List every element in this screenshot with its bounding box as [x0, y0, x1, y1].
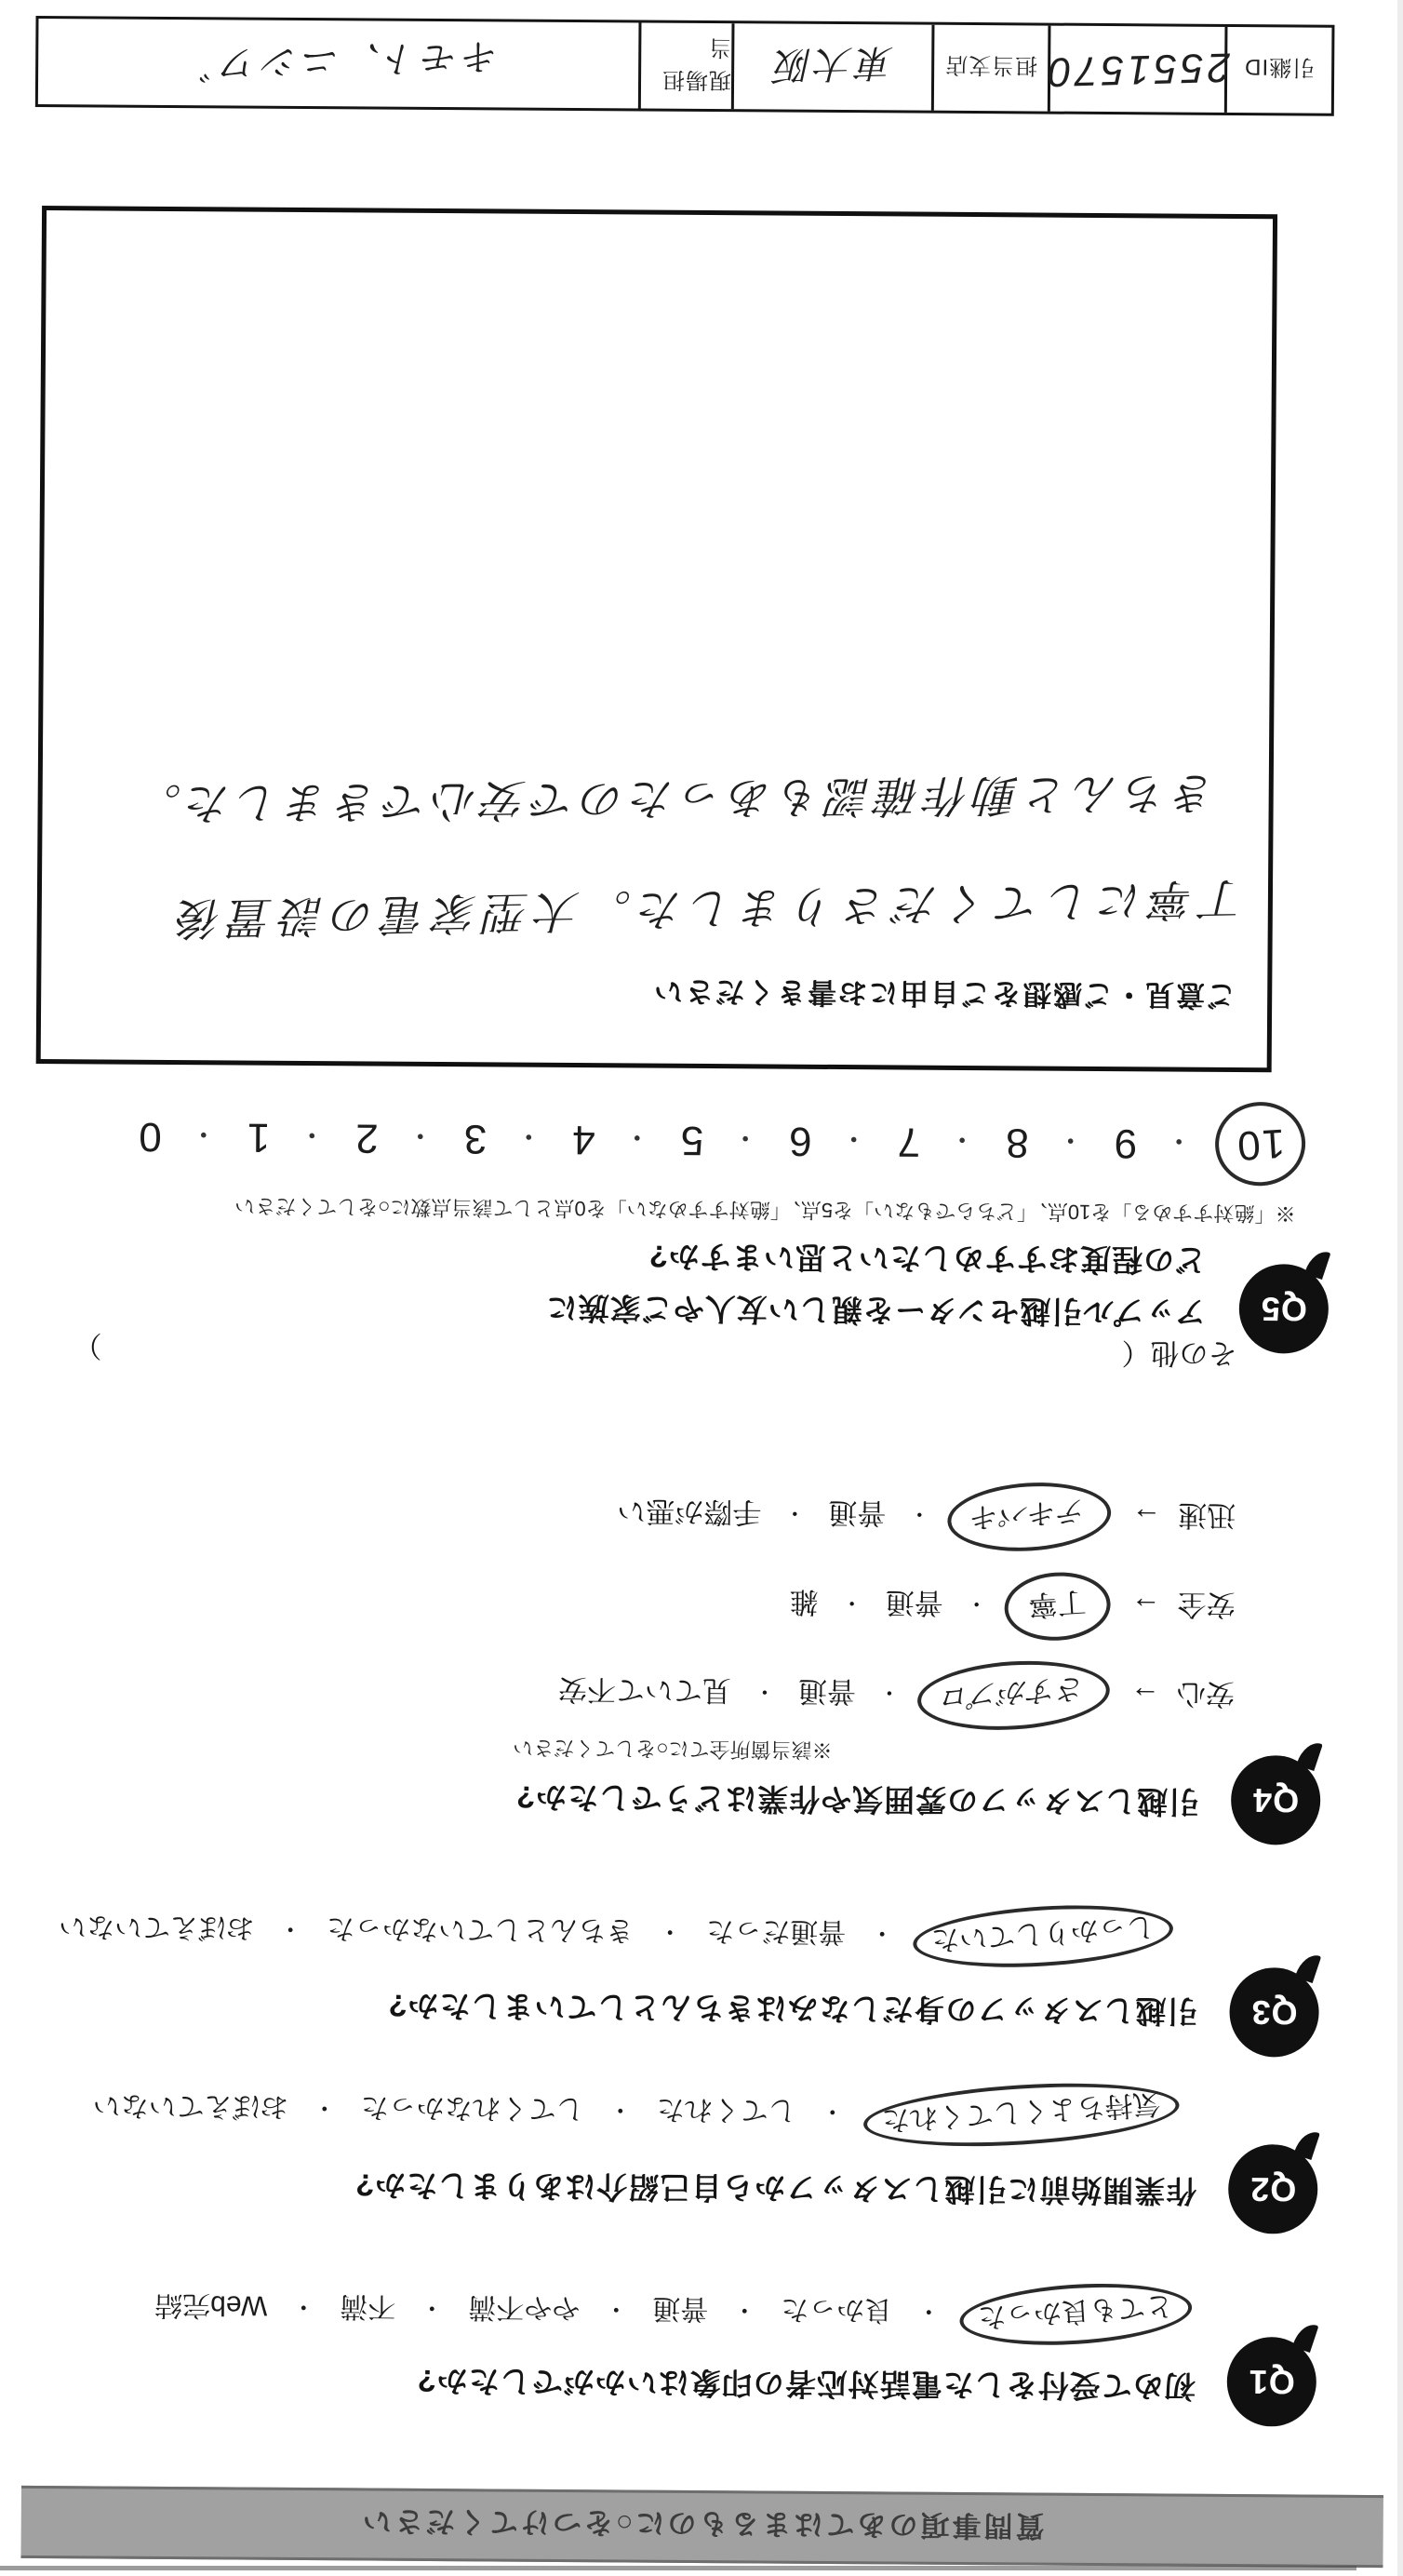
scale-7: 7	[896, 1118, 921, 1164]
option-separator: ・	[420, 2292, 444, 2327]
q4-row1-option-3: 見ていて不安	[558, 1671, 731, 1714]
q4-row2-option-1: 丁寧	[1027, 1586, 1087, 1622]
q4-row3-circled: テキパキ	[945, 1478, 1113, 1556]
q1-option-3: 普通	[652, 2291, 708, 2332]
scale-6: 6	[787, 1118, 812, 1164]
option-separator: ・	[878, 1678, 901, 1711]
option-separator: ・	[291, 2291, 315, 2326]
scale-separator: ・	[948, 1121, 976, 1162]
scale-separator: ・	[1165, 1122, 1193, 1163]
staff-value-cell: キモト、ニシワ゛	[38, 19, 639, 109]
q5-question-line1: アップル引越センターを親しい友人やご家族に	[546, 1288, 1206, 1336]
section-header-bar: 質問事項のあてはまるものに○をつけてください	[20, 2486, 1383, 2568]
option-separator: ・	[870, 1918, 894, 1952]
q1-option-5: 不満	[340, 2288, 395, 2329]
option-separator: ・	[908, 1500, 930, 1533]
arrow-icon: →	[1130, 1679, 1160, 1713]
scale-2: 2	[354, 1114, 379, 1161]
scanned-survey-page: 質問事項のあてはまるものに○をつけてください Q1 初めて受付をした電話対応者の…	[0, 0, 1403, 2576]
section-header-title: 質問事項のあてはまるものに○をつけてください	[360, 2503, 1045, 2550]
option-separator: ・	[841, 1589, 863, 1621]
q4-row3-option-1: テキパキ	[970, 1495, 1088, 1535]
q4-question-text: 引越しスタッフの雰囲気や作業はどうでしたか?	[515, 1778, 1199, 1826]
option-separator: ・	[278, 1913, 302, 1948]
scan-right-edge	[1397, 0, 1403, 2576]
q2-bubble-icon: Q2	[1228, 2144, 1318, 2234]
q4-row3-option-2: 普通	[828, 1495, 886, 1536]
q4-row1-label: 安心	[1177, 1676, 1235, 1718]
scale-separator: ・	[407, 1118, 434, 1159]
branch-value-cell: 東大阪	[731, 23, 932, 110]
q4-row2-label: 安全	[1177, 1587, 1235, 1629]
option-separator: ・	[313, 2093, 337, 2127]
q1-question-text: 初めて受付をした電話対応者の印象はいかがでしたか?	[416, 2361, 1195, 2410]
q4-row1-circled: さすがプロ	[915, 1656, 1112, 1736]
option-separator: ・	[916, 2296, 941, 2330]
scale-separator: ・	[840, 1120, 868, 1161]
scale-4: 4	[570, 1116, 595, 1162]
option-separator: ・	[821, 2096, 845, 2130]
q5-bubble-icon: Q5	[1239, 1264, 1330, 1354]
scale-10: 10	[1235, 1120, 1287, 1169]
option-separator: ・	[658, 1916, 682, 1951]
q4-row-anzen: 安全 → 丁寧 ・ 普通 ・ 雑	[789, 1580, 1235, 1632]
comment-box: ご意見・ご感想をご自由にお書きください 丁寧にしてくださりました。大型家電の設置…	[36, 206, 1277, 1072]
q3-options: しっかりしていた ・ 普通だった ・ きちんとしていなかった ・ おぼえていない	[59, 1909, 1168, 1957]
scale-8: 8	[1004, 1119, 1029, 1165]
option-separator: ・	[732, 2295, 756, 2329]
q4-row3-option-3: 手際が悪い	[617, 1493, 761, 1536]
q3-icon-label: Q3	[1250, 1992, 1297, 2032]
option-separator: ・	[783, 1499, 806, 1532]
staff-label: 現場担当	[641, 34, 731, 100]
q5-nps-scale: 10 ・ 9 ・ 8 ・ 7 ・ 6 ・ 5 ・ 4 ・ 3 ・ 2 ・ 1 ・…	[137, 1104, 1300, 1177]
option-separator: ・	[608, 2095, 633, 2129]
q4-row2-option-2: 普通	[885, 1584, 942, 1626]
handwritten-comment-line1: 丁寧にしてくださりました。大型家電の設置後	[170, 870, 1246, 953]
q2-icon-label: Q2	[1249, 2169, 1296, 2208]
q5-scale-circled: 10	[1212, 1099, 1307, 1188]
option-separator: ・	[966, 1590, 988, 1622]
q3-option-3: きちんとしていなかった	[327, 1911, 634, 1953]
q1-bubble-icon: Q1	[1226, 2337, 1316, 2427]
q4-note: ※該当箇所全てに○をしてください	[513, 1735, 833, 1765]
branch-label-cell: 担当支店	[931, 25, 1049, 112]
q1-icon-label: Q1	[1249, 2362, 1295, 2401]
handover-id-label: 引継ID	[1244, 54, 1315, 87]
q4-row1-option-2: 普通	[798, 1673, 856, 1715]
q5-question-line2: どの程度おすすめしたいと思いますか?	[648, 1237, 1207, 1284]
q2-option-2: してくれた	[657, 2092, 796, 2134]
q3-option-4: おぼえていない	[59, 1909, 254, 1951]
q3-option-2: 普通だった	[706, 1913, 846, 1955]
q1-option-6: Web完結	[154, 2288, 267, 2329]
survey-sheet-rotated: 質問事項のあてはまるものに○をつけてください Q1 初めて受付をした電話対応者の…	[0, 0, 1403, 2576]
branch-value: 東大阪	[770, 39, 895, 96]
q1-option-circled: とても良かった	[958, 2277, 1195, 2352]
scale-9: 9	[1112, 1120, 1137, 1166]
option-separator: ・	[754, 1677, 776, 1710]
q5-note: ※「絶対すすめる」を10点、「どちらでもない」を5点、「絶対すすめない」を0点と…	[234, 1192, 1296, 1228]
handover-id-value: 2551570	[1044, 43, 1231, 95]
q2-option-1: 気持ちよくしてくれた	[881, 2087, 1161, 2136]
branch-label: 担当支店	[944, 51, 1037, 85]
scale-separator: ・	[1057, 1122, 1085, 1163]
handover-id-label-cell: 引継ID	[1224, 27, 1332, 114]
scale-0: 0	[137, 1113, 162, 1160]
q2-option-circled: 気持ちよくしてくれた	[862, 2075, 1181, 2154]
scale-3: 3	[462, 1115, 488, 1161]
staff-label-cell: 現場担当	[638, 22, 732, 109]
q4-other-close: ）	[73, 1327, 101, 1369]
q3-option-circled: しっかりしていた	[911, 1898, 1174, 1974]
q4-bubble-icon: Q4	[1231, 1755, 1321, 1845]
q1-option-1: とても良かった	[977, 2289, 1174, 2332]
q4-row2-option-3: 雑	[789, 1584, 818, 1626]
scale-separator: ・	[190, 1116, 218, 1157]
staff-value: キモト、ニシワ゛	[176, 33, 501, 95]
q1-option-4: やや不満	[468, 2289, 580, 2331]
q4-other-close-paren: ）	[73, 1327, 101, 1369]
arrow-icon: →	[1131, 1500, 1161, 1535]
q4-row-jinsoku: 迅速 → テキパキ ・ 普通 ・ 手際が悪い	[617, 1489, 1236, 1543]
option-separator: ・	[604, 2294, 628, 2328]
q2-option-4: おぼえていない	[93, 2087, 288, 2129]
q4-icon-label: Q4	[1252, 1780, 1299, 1819]
scale-separator: ・	[298, 1117, 326, 1158]
q2-option-3: してくれなかった	[361, 2089, 584, 2132]
scale-5: 5	[679, 1117, 704, 1163]
q3-question-text: 引越しスタッフの身だしなみはきちんとしていましたか?	[387, 1986, 1197, 2035]
handover-id-value-cell: 2551570	[1048, 26, 1225, 113]
handwritten-comment-line2: きちんと動作確認もあったので安心できました。	[132, 765, 1217, 839]
q4-row1-option-1: さすがプロ	[941, 1672, 1087, 1714]
q2-question-text: 作業開始前に引越しスタッフから自己紹介はありましたか?	[354, 2165, 1196, 2214]
handover-table: 引継ID 2551570 担当支店 東大阪 現場担当 キモト、ニシワ゛	[35, 16, 1335, 116]
q4-row-anshin: 安心 → さすがプロ ・ 普通 ・ 見ていて不安	[558, 1668, 1235, 1722]
scale-separator: ・	[623, 1119, 651, 1160]
q3-bubble-icon: Q3	[1229, 1967, 1319, 2058]
q3-option-1: しっかりしていた	[930, 1911, 1156, 1955]
q4-other-open: その他（	[1121, 1335, 1236, 1377]
q1-option-2: 良かった	[781, 2292, 892, 2334]
scale-separator: ・	[514, 1119, 542, 1160]
comment-box-label: ご意見・ご感想をご自由にお書きください	[652, 973, 1236, 1019]
arrow-icon: →	[1130, 1590, 1160, 1624]
scale-separator: ・	[731, 1120, 759, 1161]
q1-options: とても良かった ・ 良かった ・ 普通 ・ やや不満 ・ 不満 ・ Web完結	[154, 2288, 1187, 2336]
q5-icon-label: Q5	[1261, 1289, 1307, 1328]
scan-bottom-edge	[0, 2566, 1356, 2570]
q4-row3-label: 迅速	[1178, 1497, 1236, 1539]
q4-other-row: その他（	[1121, 1335, 1236, 1377]
q2-options: 気持ちよくしてくれた ・ してくれた ・ してくれなかった ・ おぼえていない	[93, 2087, 1174, 2136]
q4-row2-circled: 丁寧	[1002, 1569, 1112, 1644]
scale-1: 1	[246, 1114, 271, 1161]
